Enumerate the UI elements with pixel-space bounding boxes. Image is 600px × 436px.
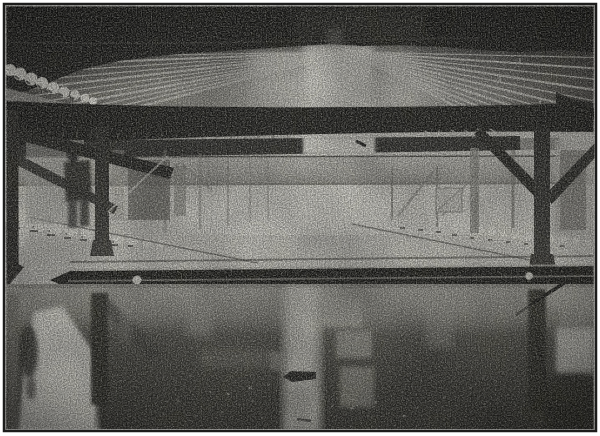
photo-figure: Black-and-white halftone photograph of t… — [0, 0, 600, 435]
vignette-overlay — [6, 6, 595, 430]
photo-image — [0, 0, 600, 435]
